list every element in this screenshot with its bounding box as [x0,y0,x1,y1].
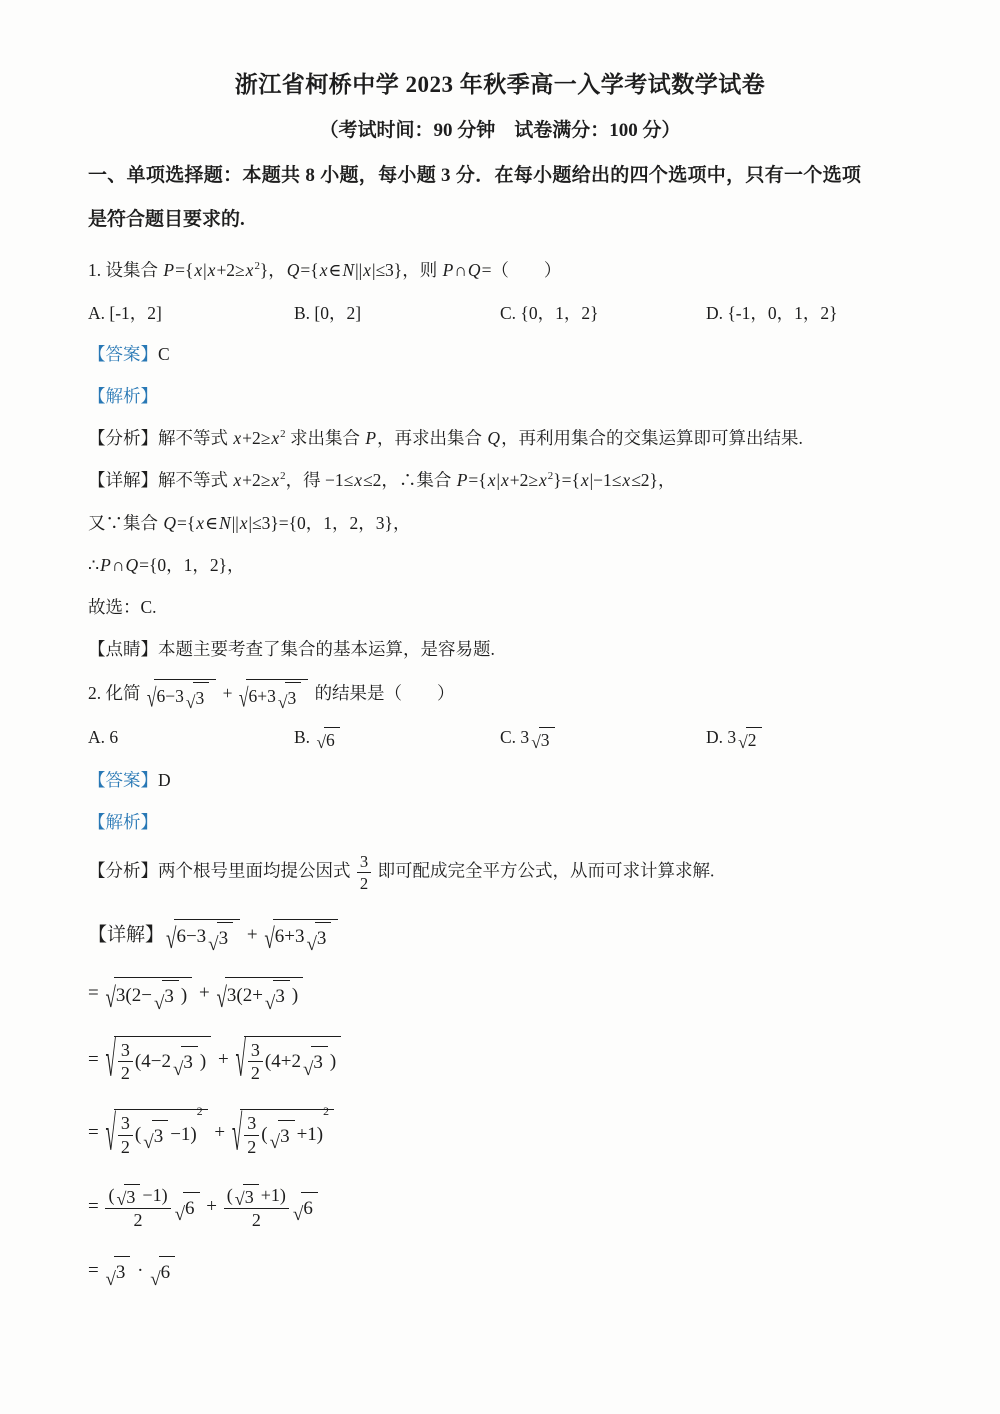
question-2-step-4: = (√3−1)2√6 + (√3+1)2√6 [88,1183,912,1233]
question-2-detail: 【详解】√6−3√3 + √6+3√3 [88,919,912,954]
question-1-option-c: C. {0，1，2} [500,300,706,325]
question-2-option-b: B. √6 [294,727,500,751]
question-2-options: A. 6 B. √6 C. 3√3 D. 3√2 [88,727,912,751]
question-2-analysis: 【分析】两个根号里面均提公因式 32 即可配成完全平方公式，从而可求计算求解. [88,851,912,894]
question-1-stem: 1. 设集合 P={x|x+2≥x2}，Q={x∈N||x|≤3}，则 P∩Q=… [88,257,912,283]
question-2-option-d: D. 3√2 [706,727,912,751]
paper-title: 浙江省柯桥中学 2023 年秋季高一入学考试数学试卷 [88,66,912,99]
question-1-detail-2: 又∵集合 Q={x∈N||x|≤3}={0，1，2，3}， [88,510,912,536]
question-2-step-1: = √3(2−√3) + √3(2+√3) [88,977,912,1012]
answer-label: 【答案】 [88,770,158,790]
section-heading-line1: 一、单项选择题：本题共 8 小题，每小题 3 分．在每小题给出的四个选项中，只有… [88,154,912,198]
question-2-option-c: C. 3√3 [500,727,706,751]
question-1-option-a: A. [-1，2] [88,300,294,325]
question-2-answer-value: D [158,770,171,790]
question-1-option-d: D. {-1，0，1，2} [706,300,912,325]
question-1-jiexi-label: 【解析】 [88,383,912,409]
question-2-step-3: = √32(√3−1)2 + √32(√3+1)2 [88,1109,912,1159]
exam-paper: 浙江省柯桥中学 2023 年秋季高一入学考试数学试卷 （考试时间：90 分钟 试… [0,0,1000,1414]
question-2-stem: 2. 化简 √6−3√3 + √6+3√3 的结果是（ ） [88,679,912,711]
question-1-detail: 【详解】解不等式 x+2≥x2，得 −1≤x≤2，∴集合 P={x|x+2≥x2… [88,467,912,493]
answer-label: 【答案】 [88,344,158,364]
question-2-step-2: = √32(4−2√3) + √32(4+2√3) [88,1036,912,1086]
question-1-analysis: 【分析】解不等式 x+2≥x2 求出集合 P，再求出集合 Q，再利用集合的交集运… [88,425,912,451]
question-1-detail-3: ∴P∩Q={0，1，2}， [88,552,912,578]
question-1-conclusion: 故选：C. [88,594,912,620]
question-2-step-5: = √3 · √6 [88,1256,912,1288]
question-1-options: A. [-1，2] B. [0，2] C. {0，1，2} D. {-1，0，1… [88,300,912,325]
question-1-answer-line: 【答案】C [88,341,912,367]
question-2-answer-line: 【答案】D [88,767,912,793]
question-1-note: 【点睛】本题主要考查了集合的基本运算，是容易题. [88,636,912,662]
question-2-jiexi-label: 【解析】 [88,809,912,835]
section-heading-line2: 是符合题目要求的. [88,198,912,242]
exam-info: （考试时间：90 分钟 试卷满分：100 分） [88,115,912,142]
section-heading: 一、单项选择题：本题共 8 小题，每小题 3 分．在每小题给出的四个选项中，只有… [88,154,912,241]
question-2-option-a: A. 6 [88,727,294,751]
question-1-answer-value: C [158,344,170,364]
question-1-option-b: B. [0，2] [294,300,500,325]
